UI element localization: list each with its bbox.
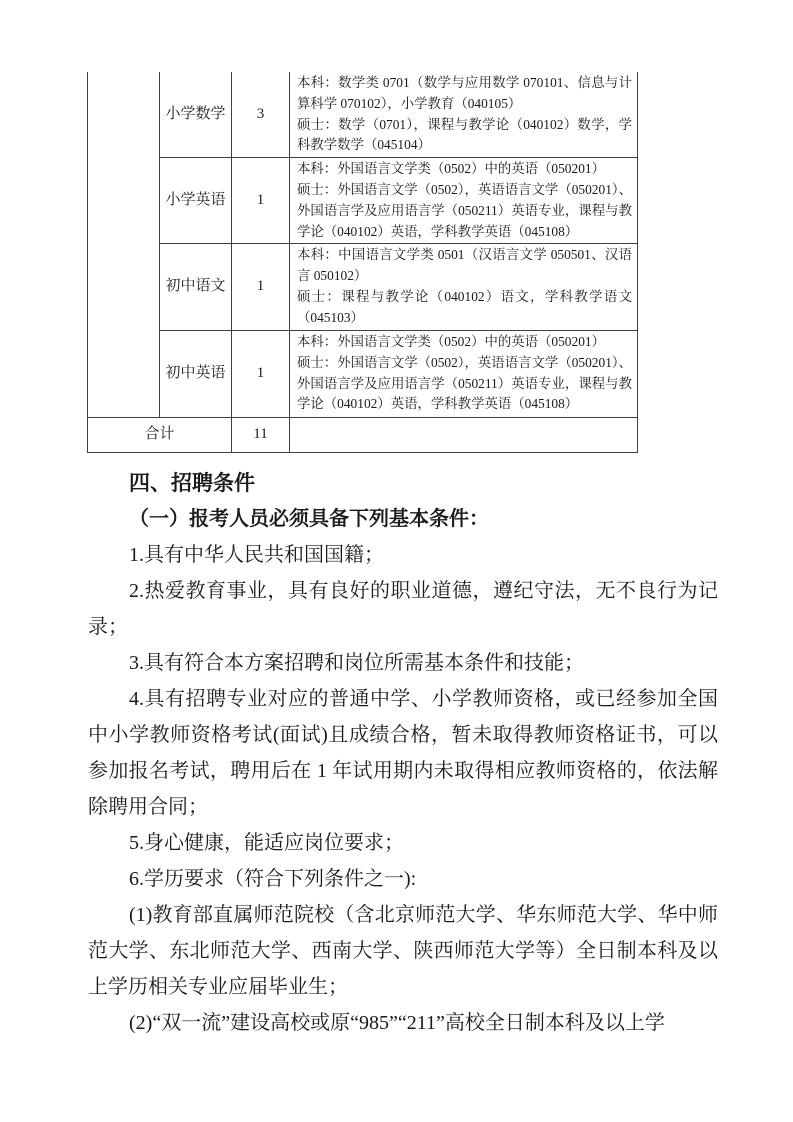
total-row: 合计 11 <box>88 417 638 452</box>
document-page: 小学数学 3 本科：数学类 0701（数学与应用数学 070101、信息与计算科… <box>0 0 793 1122</box>
positions-table: 小学数学 3 本科：数学类 0701（数学与应用数学 070101、信息与计算科… <box>87 72 638 453</box>
subsection-heading: （一）报考人员必须具备下列基本条件： <box>88 501 718 537</box>
position-cell: 小学数学 <box>160 72 232 158</box>
position-cell: 初中语文 <box>160 244 232 330</box>
condition-item-6: 6.学历要求（符合下列条件之一): <box>88 861 718 897</box>
section-heading: 四、招聘条件 <box>88 465 718 501</box>
table-row: 小学数学 3 本科：数学类 0701（数学与应用数学 070101、信息与计算科… <box>88 72 638 158</box>
count-cell: 1 <box>232 330 290 417</box>
body-text: 四、招聘条件 （一）报考人员必须具备下列基本条件： 1.具有中华人民共和国国籍；… <box>88 465 718 1041</box>
master-requirement: 硕士：数学（0701），课程与教学论（040102）数学，学科教学数学（0451… <box>297 115 632 157</box>
master-requirement: 硕士：外国语言文学（0502），英语语言文学（050201）、外国语言学及应用语… <box>297 353 632 415</box>
condition-item-5: 5.身心健康，能适应岗位要求； <box>88 825 718 861</box>
condition-item-1: 1.具有中华人民共和国国籍； <box>88 537 718 573</box>
requirements-cell: 本科：中国语言文学类 0501（汉语言文学 050501、汉语言 050102）… <box>290 244 638 330</box>
total-label-cell: 合计 <box>88 417 232 452</box>
requirements-cell: 本科：数学类 0701（数学与应用数学 070101、信息与计算科学 07010… <box>290 72 638 158</box>
count-cell: 1 <box>232 158 290 244</box>
position-cell: 初中英语 <box>160 330 232 417</box>
condition-item-3: 3.具有符合本方案招聘和岗位所需基本条件和技能； <box>88 645 718 681</box>
bachelor-requirement: 本科：外国语言文学类（0502）中的英语（050201） <box>297 159 632 180</box>
bachelor-requirement: 本科：中国语言文学类 0501（汉语言文学 050501、汉语言 050102） <box>297 245 632 287</box>
condition-item-4: 4.具有招聘专业对应的普通中学、小学教师资格，或已经参加全国中小学教师资格考试(… <box>88 681 718 825</box>
condition-item-2: 2.热爱教育事业，具有良好的职业道德，遵纪守法，无不良行为记录； <box>88 573 718 645</box>
total-count-cell: 11 <box>232 417 290 452</box>
requirements-cell: 本科：外国语言文学类（0502）中的英语（050201） 硕士：外国语言文学（0… <box>290 330 638 417</box>
master-requirement: 硕士：外国语言文学（0502），英语语言文学（050201）、外国语言学及应用语… <box>297 180 632 242</box>
total-requirements-cell <box>290 417 638 452</box>
category-cell <box>88 72 160 417</box>
education-option-1: (1)教育部直属师范院校（含北京师范大学、华东师范大学、华中师范大学、东北师范大… <box>88 897 718 1005</box>
position-cell: 小学英语 <box>160 158 232 244</box>
count-cell: 3 <box>232 72 290 158</box>
education-option-2: (2)“双一流”建设高校或原“985”“211”高校全日制本科及以上学 <box>88 1005 718 1041</box>
master-requirement: 硕士：课程与教学论（040102）语文，学科教学语文（045103） <box>297 287 632 329</box>
table-row: 小学英语 1 本科：外国语言文学类（0502）中的英语（050201） 硕士：外… <box>88 158 638 244</box>
table-row: 初中语文 1 本科：中国语言文学类 0501（汉语言文学 050501、汉语言 … <box>88 244 638 330</box>
bachelor-requirement: 本科：数学类 0701（数学与应用数学 070101、信息与计算科学 07010… <box>297 73 632 115</box>
count-cell: 1 <box>232 244 290 330</box>
table-row: 初中英语 1 本科：外国语言文学类（0502）中的英语（050201） 硕士：外… <box>88 330 638 417</box>
bachelor-requirement: 本科：外国语言文学类（0502）中的英语（050201） <box>297 332 632 353</box>
requirements-cell: 本科：外国语言文学类（0502）中的英语（050201） 硕士：外国语言文学（0… <box>290 158 638 244</box>
